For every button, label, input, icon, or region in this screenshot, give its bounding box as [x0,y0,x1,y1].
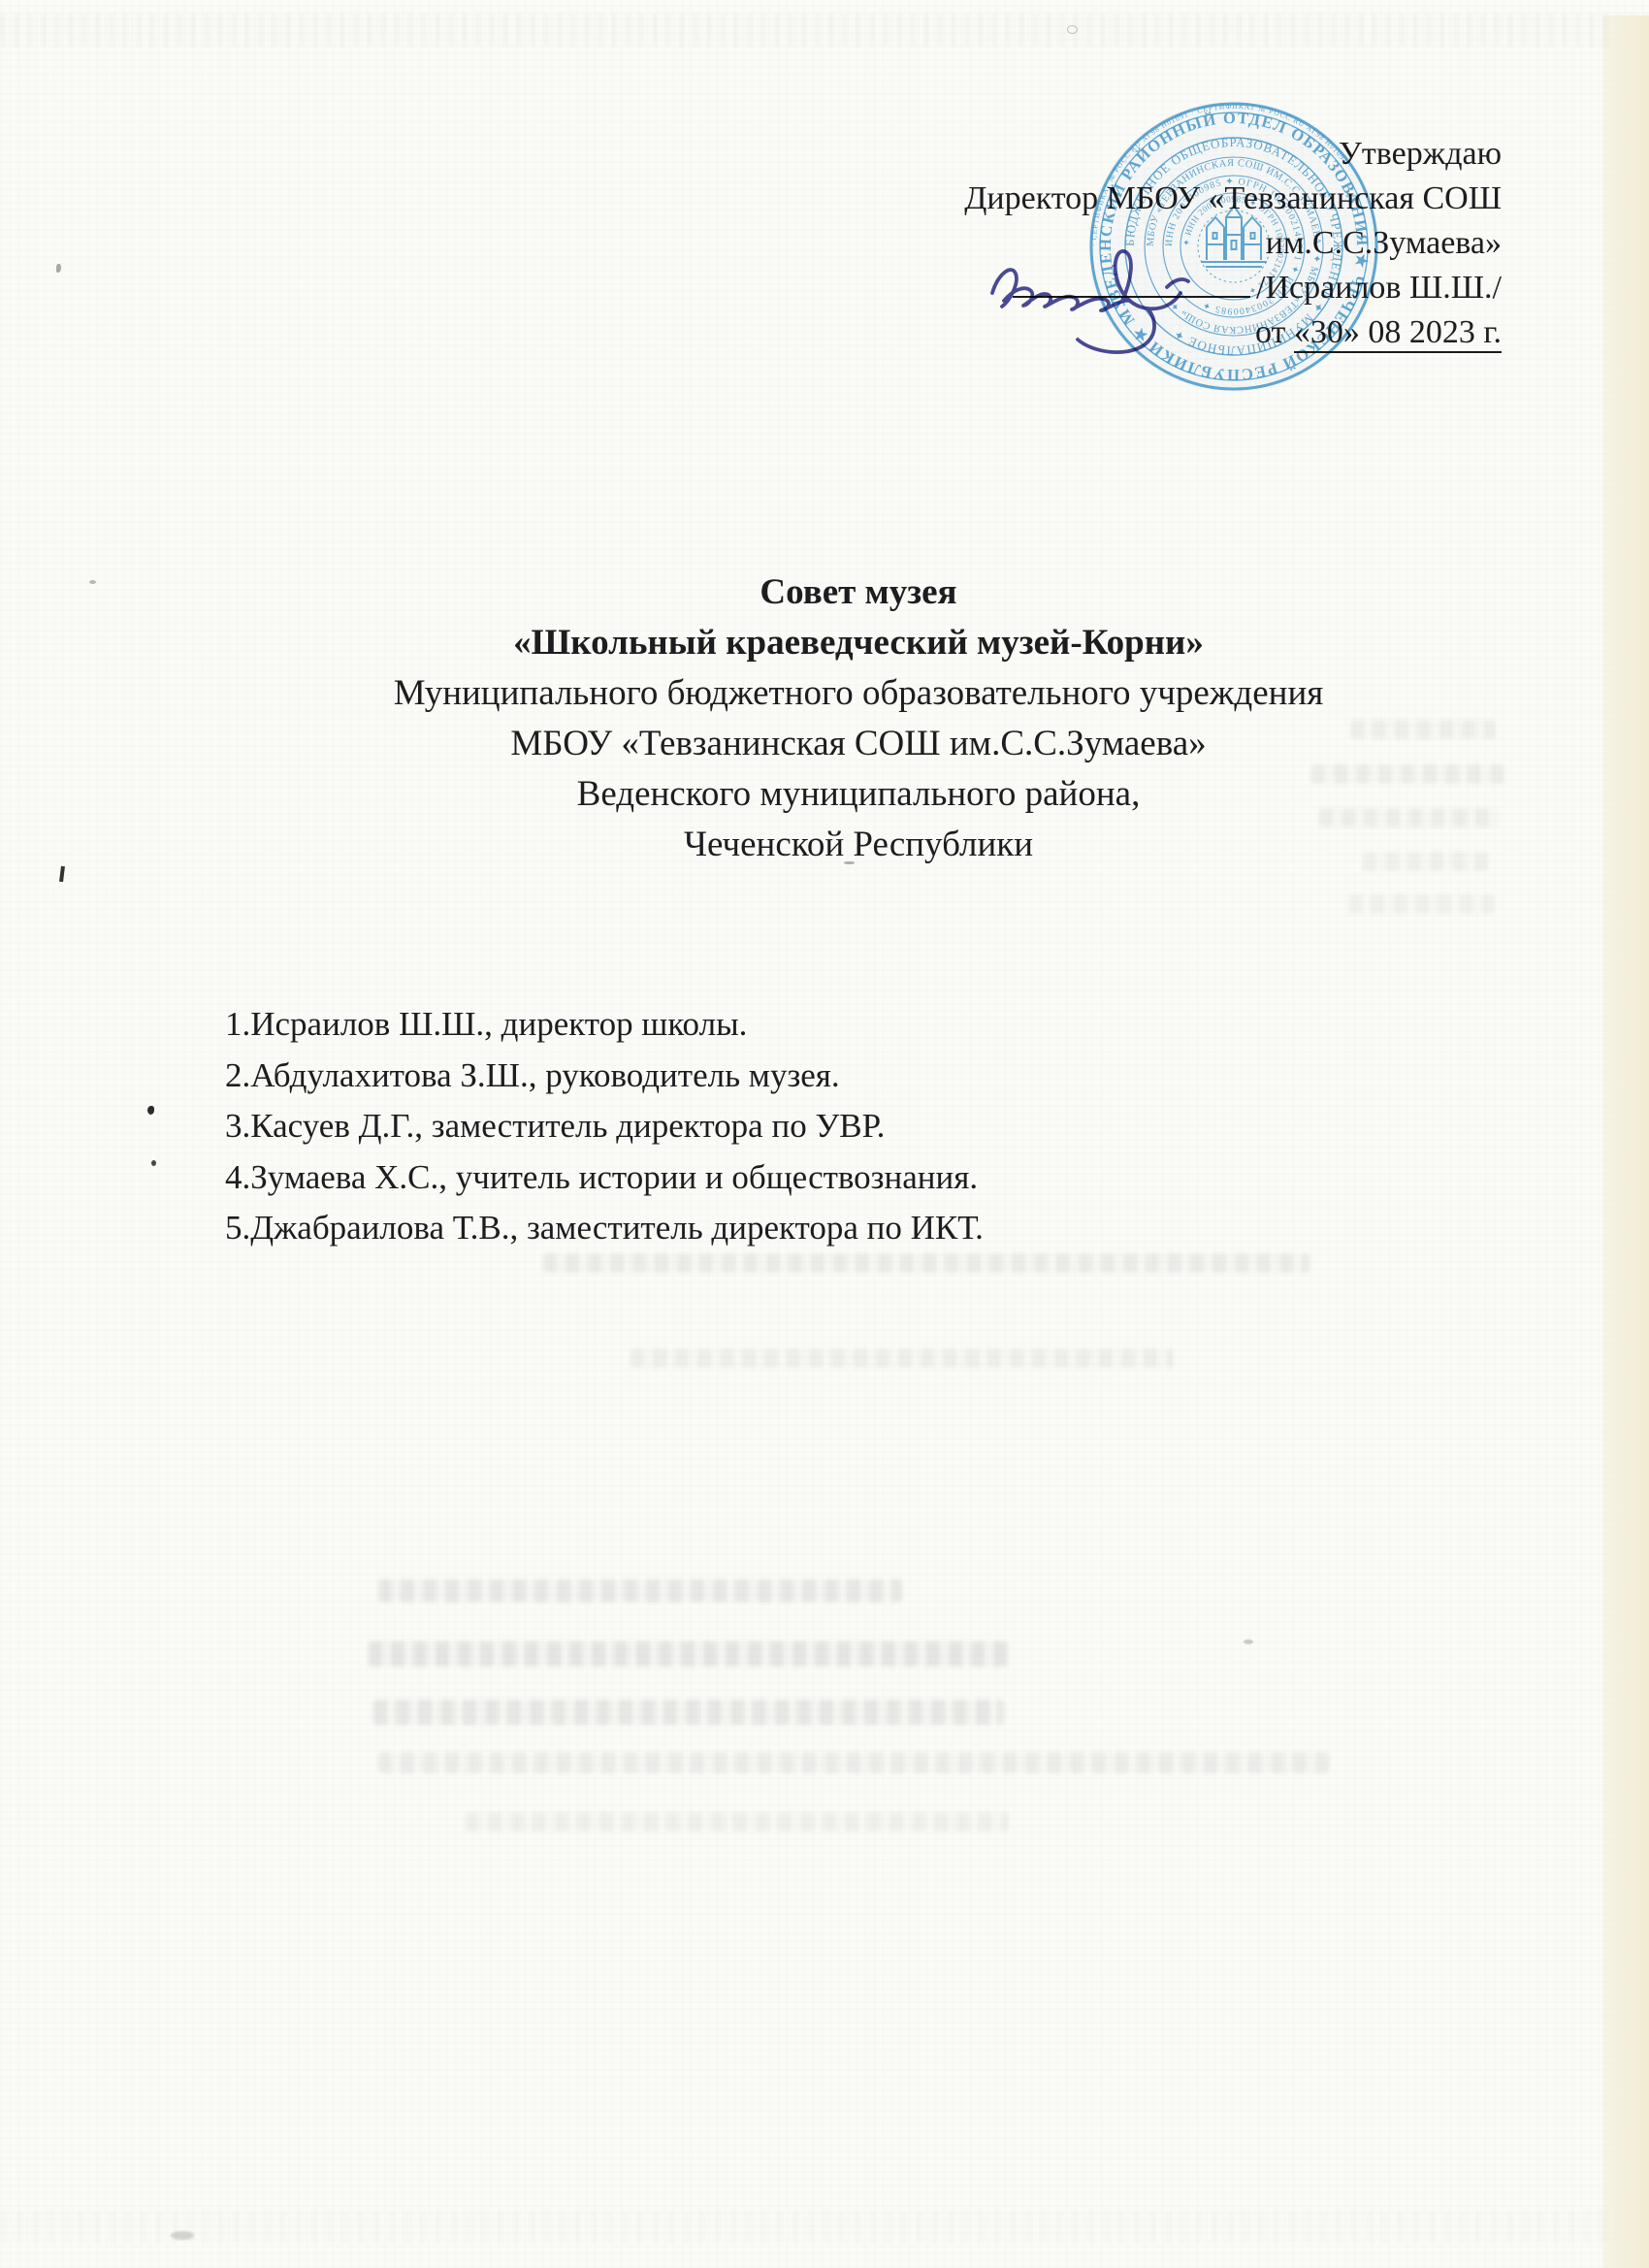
title-line-council: Совет музея [68,567,1649,618]
handwritten-signature [975,231,1276,376]
scan-speck [56,264,61,273]
scan-top-band [0,14,1649,47]
member-item-4: 4.Зумаева Х.С., учитель истории и общест… [225,1152,984,1204]
signature-svg [975,231,1276,376]
bleedthrough-line [378,1752,1329,1773]
member-item-2: 2.Абдулахитова З.Ш., руководитель музея. [225,1051,984,1102]
title-line-republic: Чеченской Республики [68,820,1649,870]
bleedthrough-line [543,1253,1309,1273]
bleedthrough-line [466,1812,1009,1831]
scan-speck [1244,1639,1253,1644]
bleedthrough-line [630,1348,1174,1368]
scan-speck [147,1106,154,1115]
title-line-district: Веденского муниципального района, [68,769,1649,820]
scanned-document-page: { "doc": { "approval": { "line1": "Утвер… [0,0,1649,2268]
scan-right-edge-band [1602,16,1649,2268]
scan-speck [59,866,65,882]
bleedthrough-line [378,1579,902,1603]
bleedthrough-line [1348,894,1494,914]
title-block: Совет музея «Школьный краеведческий музе… [68,567,1649,870]
bleedthrough-line [369,1641,1009,1667]
title-line-municipal: Муниципального бюджетного образовательно… [68,668,1649,719]
bleedthrough-line [373,1700,1004,1725]
title-line-school: МБОУ «Тевзанинская СОШ им.С.С.Зумаева» [68,719,1649,769]
scan-speck [151,1160,156,1166]
title-line-museum-name: «Школьный краеведческий музей-Корни» [68,618,1649,668]
scan-bottom-band [0,2210,1649,2243]
member-item-5: 5.Джабраилова Т.В., заместитель директор… [225,1203,984,1254]
member-item-1: 1.Исраилов Ш.Ш., директор школы. [225,999,984,1051]
member-item-3: 3.Касуев Д.Г., заместитель директора по … [225,1101,984,1152]
members-list: 1.Исраилов Ш.Ш., директор школы. 2.Абдул… [225,999,984,1254]
